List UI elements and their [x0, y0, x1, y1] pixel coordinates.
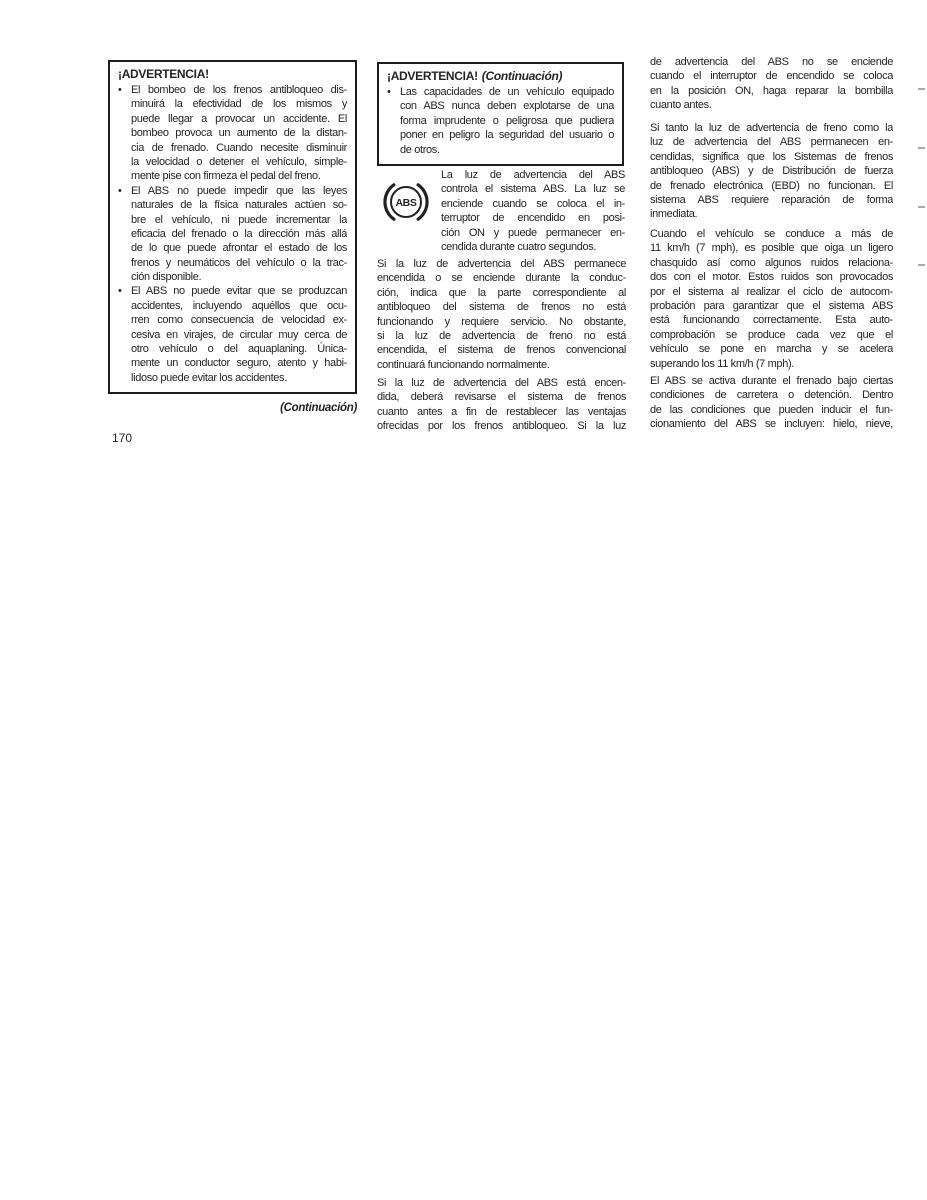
abs-icon-label: ABS	[395, 197, 416, 209]
abs-light-section: ABS La luz de advertencia del ABScontrol…	[377, 168, 625, 254]
bullet-text: El ABS no puede impedir que las leyesnat…	[131, 184, 347, 285]
list-item: • El ABS no puede impedir que las leyesn…	[118, 184, 347, 285]
right-paragraph-2: Si tanto la luz de advertencia de freno …	[650, 121, 893, 222]
bullet-text: El ABS no puede evitar que se produzcana…	[131, 284, 347, 385]
list-item: • Las capacidades de un vehículo equipad…	[387, 85, 614, 157]
scan-artifact-mark	[918, 147, 925, 149]
right-paragraph-4: El ABS se activa durante el frenado bajo…	[650, 374, 893, 432]
manual-page: ¡ADVERTENCIA! • El bombeo de los frenos …	[0, 0, 927, 1200]
warning-box-title-suffix: (Continuación)	[482, 69, 562, 83]
scan-artifact-mark	[918, 88, 925, 90]
warning-box-continued: ¡ADVERTENCIA!(Continuación) • Las capaci…	[377, 62, 624, 166]
right-paragraph-3: Cuando el vehículo se conduce a más de11…	[650, 227, 893, 371]
warning-box-title-text: ¡ADVERTENCIA!	[387, 69, 478, 83]
scan-artifact-mark	[918, 264, 925, 266]
bullet-marker: •	[118, 284, 131, 385]
right-paragraph-1: de advertencia del ABS no se enciendecua…	[650, 55, 893, 113]
page-number: 170	[112, 431, 132, 445]
bullet-text: Las capacidades de un vehículo equipadoc…	[400, 85, 614, 157]
bullet-marker: •	[118, 83, 131, 184]
bullet-text: El bombeo de los frenos antibloqueo dis-…	[131, 83, 347, 184]
list-item: • El ABS no puede evitar que se produzca…	[118, 284, 347, 385]
mid-paragraph-2: Si la luz de advertencia del ABS está en…	[377, 376, 626, 434]
bullet-marker: •	[118, 184, 131, 285]
warning-box-title: ¡ADVERTENCIA!(Continuación)	[387, 69, 614, 85]
warning-box-left: ¡ADVERTENCIA! • El bombeo de los frenos …	[108, 60, 357, 394]
abs-intro-paragraph: La luz de advertencia del ABScontrola el…	[441, 168, 625, 254]
abs-warning-light-icon: ABS	[377, 168, 441, 254]
continuation-note: (Continuación)	[108, 402, 357, 414]
list-item: • El bombeo de los frenos antibloqueo di…	[118, 83, 347, 184]
mid-paragraph-1: Si la luz de advertencia del ABS permane…	[377, 257, 626, 372]
bullet-marker: •	[387, 85, 400, 157]
scan-artifact-mark	[918, 206, 925, 208]
warning-box-title: ¡ADVERTENCIA!	[118, 67, 347, 83]
